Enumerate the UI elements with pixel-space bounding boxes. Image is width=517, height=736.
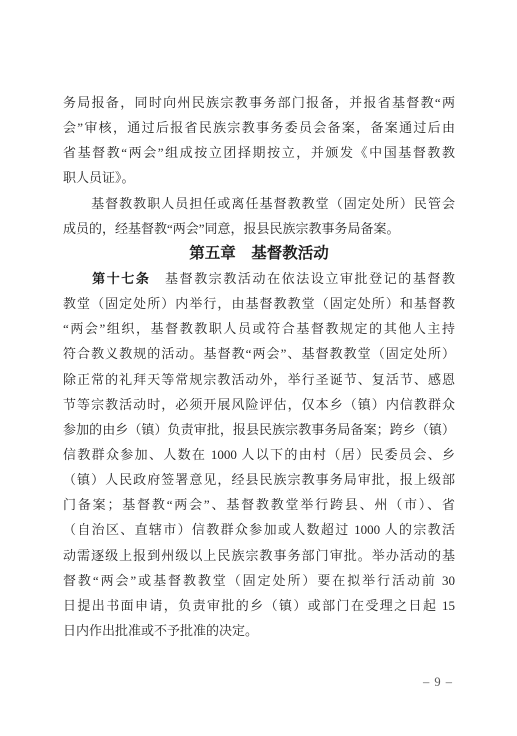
- paragraph: 务局报备，同时向州民族宗教事务部门报备，并报省基督教“两会”审核，通过后报省民族…: [63, 90, 455, 191]
- text-line: 务局报备，同时向州民族宗教事务部门报备，并报省基督教“两: [63, 90, 455, 115]
- paragraph: 基督教教职人员担任或离任基督教教堂（固定处所）民管会成员的，经基督教“两会”同意…: [63, 191, 455, 241]
- chapter-heading: 第五章 基督教活动: [63, 241, 455, 266]
- text-line: 第十七条 基督教宗教活动在依法设立审批登记的基督教: [63, 266, 455, 291]
- document-page: 务局报备，同时向州民族宗教事务部门报备，并报省基督教“两会”审核，通过后报省民族…: [0, 0, 517, 736]
- text-line: （镇）人民政府签署意见，经县民族宗教事务局审批，报上级部: [63, 467, 455, 492]
- paragraph: 第十七条 基督教宗教活动在依法设立审批登记的基督教教堂（固定处所）内举行，由基督…: [63, 266, 455, 643]
- text-line: 除正常的礼拜天等常规宗教活动外，举行圣诞节、复活节、感恩: [63, 367, 455, 392]
- text-line: 日内作出批准或不予批准的决定。: [63, 618, 455, 643]
- text-line: “两会”组织，基督教教职人员或符合基督教规定的其他人主持: [63, 316, 455, 341]
- text-line: 日提出书面申请，负责审批的乡（镇）或部门在受理之日起 15: [63, 593, 455, 618]
- text-line: （自治区、直辖市）信教群众参加或人数超过 1000 人的宗教活: [63, 517, 455, 542]
- text-line: 符合教义教规的活动。基督教“两会”、基督教教堂（固定处所）: [63, 341, 455, 366]
- text-line: 门备案；基督教“两会”、基督教教堂举行跨县、州（市）、省: [63, 492, 455, 517]
- text-line: 教堂（固定处所）内举行，由基督教教堂（固定处所）和基督教: [63, 291, 455, 316]
- text-line: 参加的由乡（镇）负责审批，报县民族宗教事务局备案；跨乡（镇）: [63, 417, 455, 442]
- text-line: 动需逐级上报到州级以上民族宗教事务部门审批。举办活动的基: [63, 543, 455, 568]
- document-body: 务局报备，同时向州民族宗教事务部门报备，并报省基督教“两会”审核，通过后报省民族…: [63, 90, 455, 643]
- text-line: 督教“两会”或基督教教堂（固定处所）要在拟举行活动前 30: [63, 568, 455, 593]
- text-line: 节等宗教活动时，必须开展风险评估，仅本乡（镇）内信教群众: [63, 392, 455, 417]
- article-number-lead: 第十七条: [92, 271, 150, 286]
- page-number: – 9 –: [405, 672, 471, 692]
- text-line: 省基督教“两会”组成按立团择期按立，并颁发《中国基督教教: [63, 140, 455, 165]
- text-line: 成员的，经基督教“两会”同意，报县民族宗教事务局备案。: [63, 216, 455, 241]
- text-line: 信教群众参加、人数在 1000 人以下的由村（居）民委员会、乡: [63, 442, 455, 467]
- text-line: 基督教教职人员担任或离任基督教教堂（固定处所）民管会: [63, 191, 455, 216]
- text-line: 会”审核，通过后报省民族宗教事务委员会备案，备案通过后由: [63, 115, 455, 140]
- text-line: 职人员证》。: [63, 165, 455, 190]
